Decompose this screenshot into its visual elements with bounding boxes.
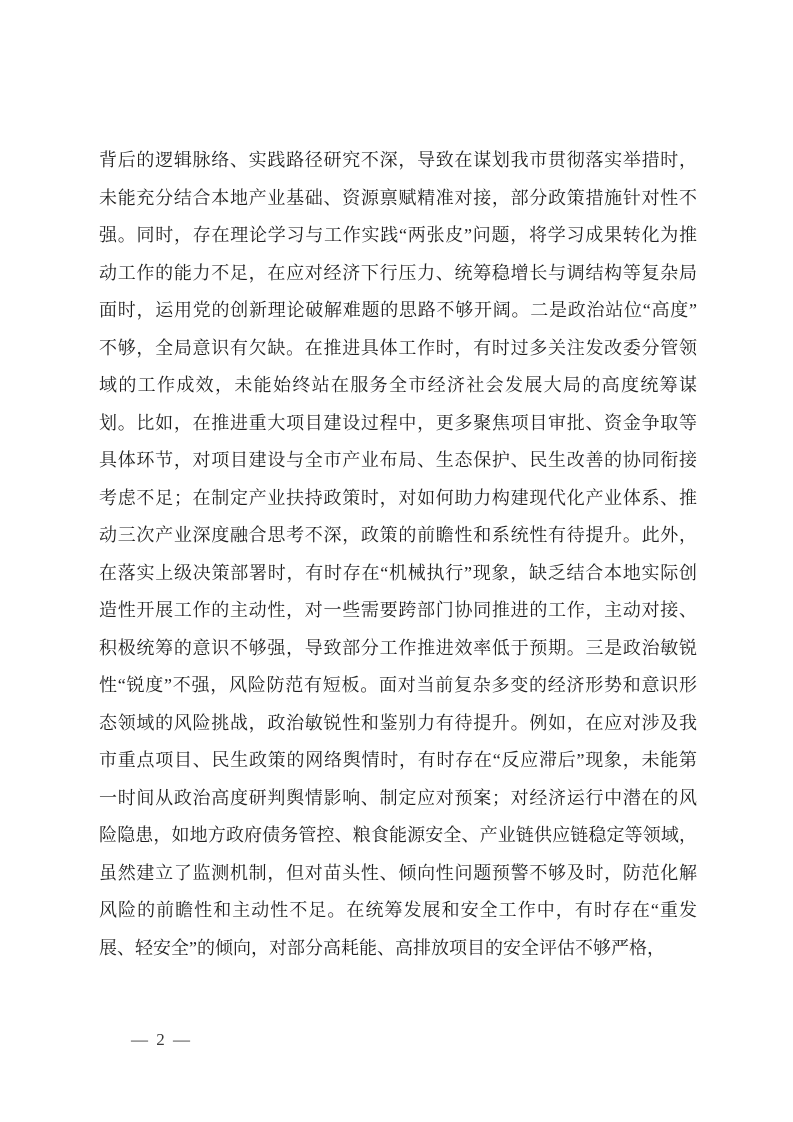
text-line: 一时间从政治高度研判舆情影响、制定应对预案；对经济运行中潜在的风: [99, 780, 697, 818]
text-line: 积极统筹的意识不够强，导致部分工作推进效率低于预期。三是政治敏锐: [99, 630, 697, 668]
text-line: 具体环节，对项目建设与全市产业布局、生态保护、民生改善的协同衔接: [99, 442, 697, 480]
text-line: 未能充分结合本地产业基础、资源禀赋精准对接，部分政策措施针对性不: [99, 180, 697, 218]
document-page: 背后的逻辑脉络、实践路径研究不深，导致在谋划我市贯彻落实举措时， 未能充分结合本…: [0, 0, 793, 1122]
text-line: 背后的逻辑脉络、实践路径研究不深，导致在谋划我市贯彻落实举措时，: [99, 142, 697, 180]
page-number: — 2 —: [131, 1030, 192, 1050]
text-line: 市重点项目、民生政策的网络舆情时，有时存在“反应滞后”现象，未能第: [99, 742, 697, 780]
text-line: 险隐患，如地方政府债务管控、粮食能源安全、产业链供应链稳定等领域，: [99, 817, 697, 855]
text-line: 造性开展工作的主动性，对一些需要跨部门协同推进的工作，主动对接、: [99, 592, 697, 630]
text-line: 考虑不足；在制定产业扶持政策时，对如何助力构建现代化产业体系、推: [99, 480, 697, 518]
text-line: 态领域的风险挑战，政治敏锐性和鉴别力有待提升。例如，在应对涉及我: [99, 705, 697, 743]
text-line: 不够，全局意识有欠缺。在推进具体工作时，有时过多关注发改委分管领: [99, 330, 697, 368]
text-line: 动工作的能力不足，在应对经济下行压力、统筹稳增长与调结构等复杂局: [99, 255, 697, 293]
text-line: 域的工作成效，未能始终站在服务全市经济社会发展大局的高度统筹谋: [99, 367, 697, 405]
text-line: 展、轻安全”的倾向，对部分高耗能、高排放项目的安全评估不够严格，: [99, 930, 697, 968]
text-line: 在落实上级决策部署时，有时存在“机械执行”现象，缺乏结合本地实际创: [99, 555, 697, 593]
text-line: 面时，运用党的创新理论破解难题的思路不够开阔。二是政治站位“高度”: [99, 292, 697, 330]
text-line: 虽然建立了监测机制，但对苗头性、倾向性问题预警不够及时，防范化解: [99, 855, 697, 893]
text-line: 强。同时，存在理论学习与工作实践“两张皮”问题，将学习成果转化为推: [99, 217, 697, 255]
text-line: 动三次产业深度融合思考不深，政策的前瞻性和系统性有待提升。此外，: [99, 517, 697, 555]
text-line: 划。比如，在推进重大项目建设过程中，更多聚焦项目审批、资金争取等: [99, 405, 697, 443]
text-line: 风险的前瞻性和主动性不足。在统筹发展和安全工作中，有时存在“重发: [99, 892, 697, 930]
text-line: 性“锐度”不强，风险防范有短板。面对当前复杂多变的经济形势和意识形: [99, 667, 697, 705]
body-text: 背后的逻辑脉络、实践路径研究不深，导致在谋划我市贯彻落实举措时， 未能充分结合本…: [99, 142, 697, 967]
